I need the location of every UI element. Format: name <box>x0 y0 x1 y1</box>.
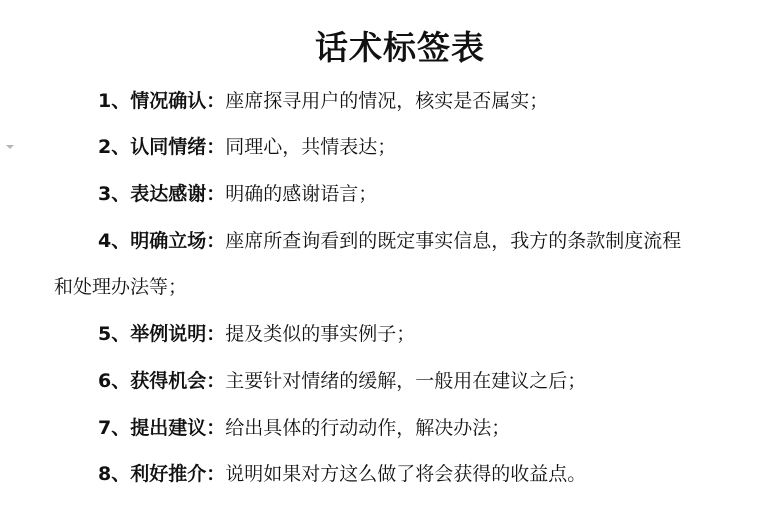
list-item: 6、获得机会：主要针对情绪的缓解，一般用在建议之后； <box>54 358 694 404</box>
item-text: 提及类似的事实例子； <box>225 323 415 345</box>
item-label: 8、利好推介： <box>98 463 225 485</box>
item-text: 主要针对情绪的缓解，一般用在建议之后； <box>225 370 586 392</box>
list-item: 2、认同情绪：同理心，共情表达； <box>54 124 694 170</box>
item-label: 3、表达感谢： <box>98 183 225 205</box>
list-item: 1、情况确认：座席探寻用户的情况，核实是否属实； <box>54 78 694 124</box>
item-label: 1、情况确认： <box>98 90 225 112</box>
item-label: 7、提出建议： <box>98 417 225 439</box>
list-item: 4、明确立场：座席所查询看到的既定事实信息，我方的条款制度流程和处理办法等； <box>54 218 684 310</box>
item-text: 座席探寻用户的情况，核实是否属实； <box>225 90 548 112</box>
list-item: 3、表达感谢：明确的感谢语言； <box>54 171 694 217</box>
item-label: 6、获得机会： <box>98 370 225 392</box>
item-text: 同理心，共情表达； <box>225 136 396 158</box>
item-text: 明确的感谢语言； <box>225 183 377 205</box>
item-label: 4、明确立场： <box>98 230 225 252</box>
item-label: 5、举例说明： <box>98 323 225 345</box>
list-item: 7、提出建议：给出具体的行动动作，解决办法； <box>54 405 694 451</box>
page-title: 话术标签表 <box>0 22 759 69</box>
item-text: 给出具体的行动动作，解决办法； <box>225 417 510 439</box>
list-item: 5、举例说明：提及类似的事实例子； <box>54 311 694 357</box>
item-text: 说明如果对方这么做了将会获得的收益点。 <box>225 463 586 485</box>
list-item: 8、利好推介：说明如果对方这么做了将会获得的收益点。 <box>54 451 694 497</box>
item-label: 2、认同情绪： <box>98 136 225 158</box>
collapse-marker-icon[interactable] <box>6 145 14 149</box>
